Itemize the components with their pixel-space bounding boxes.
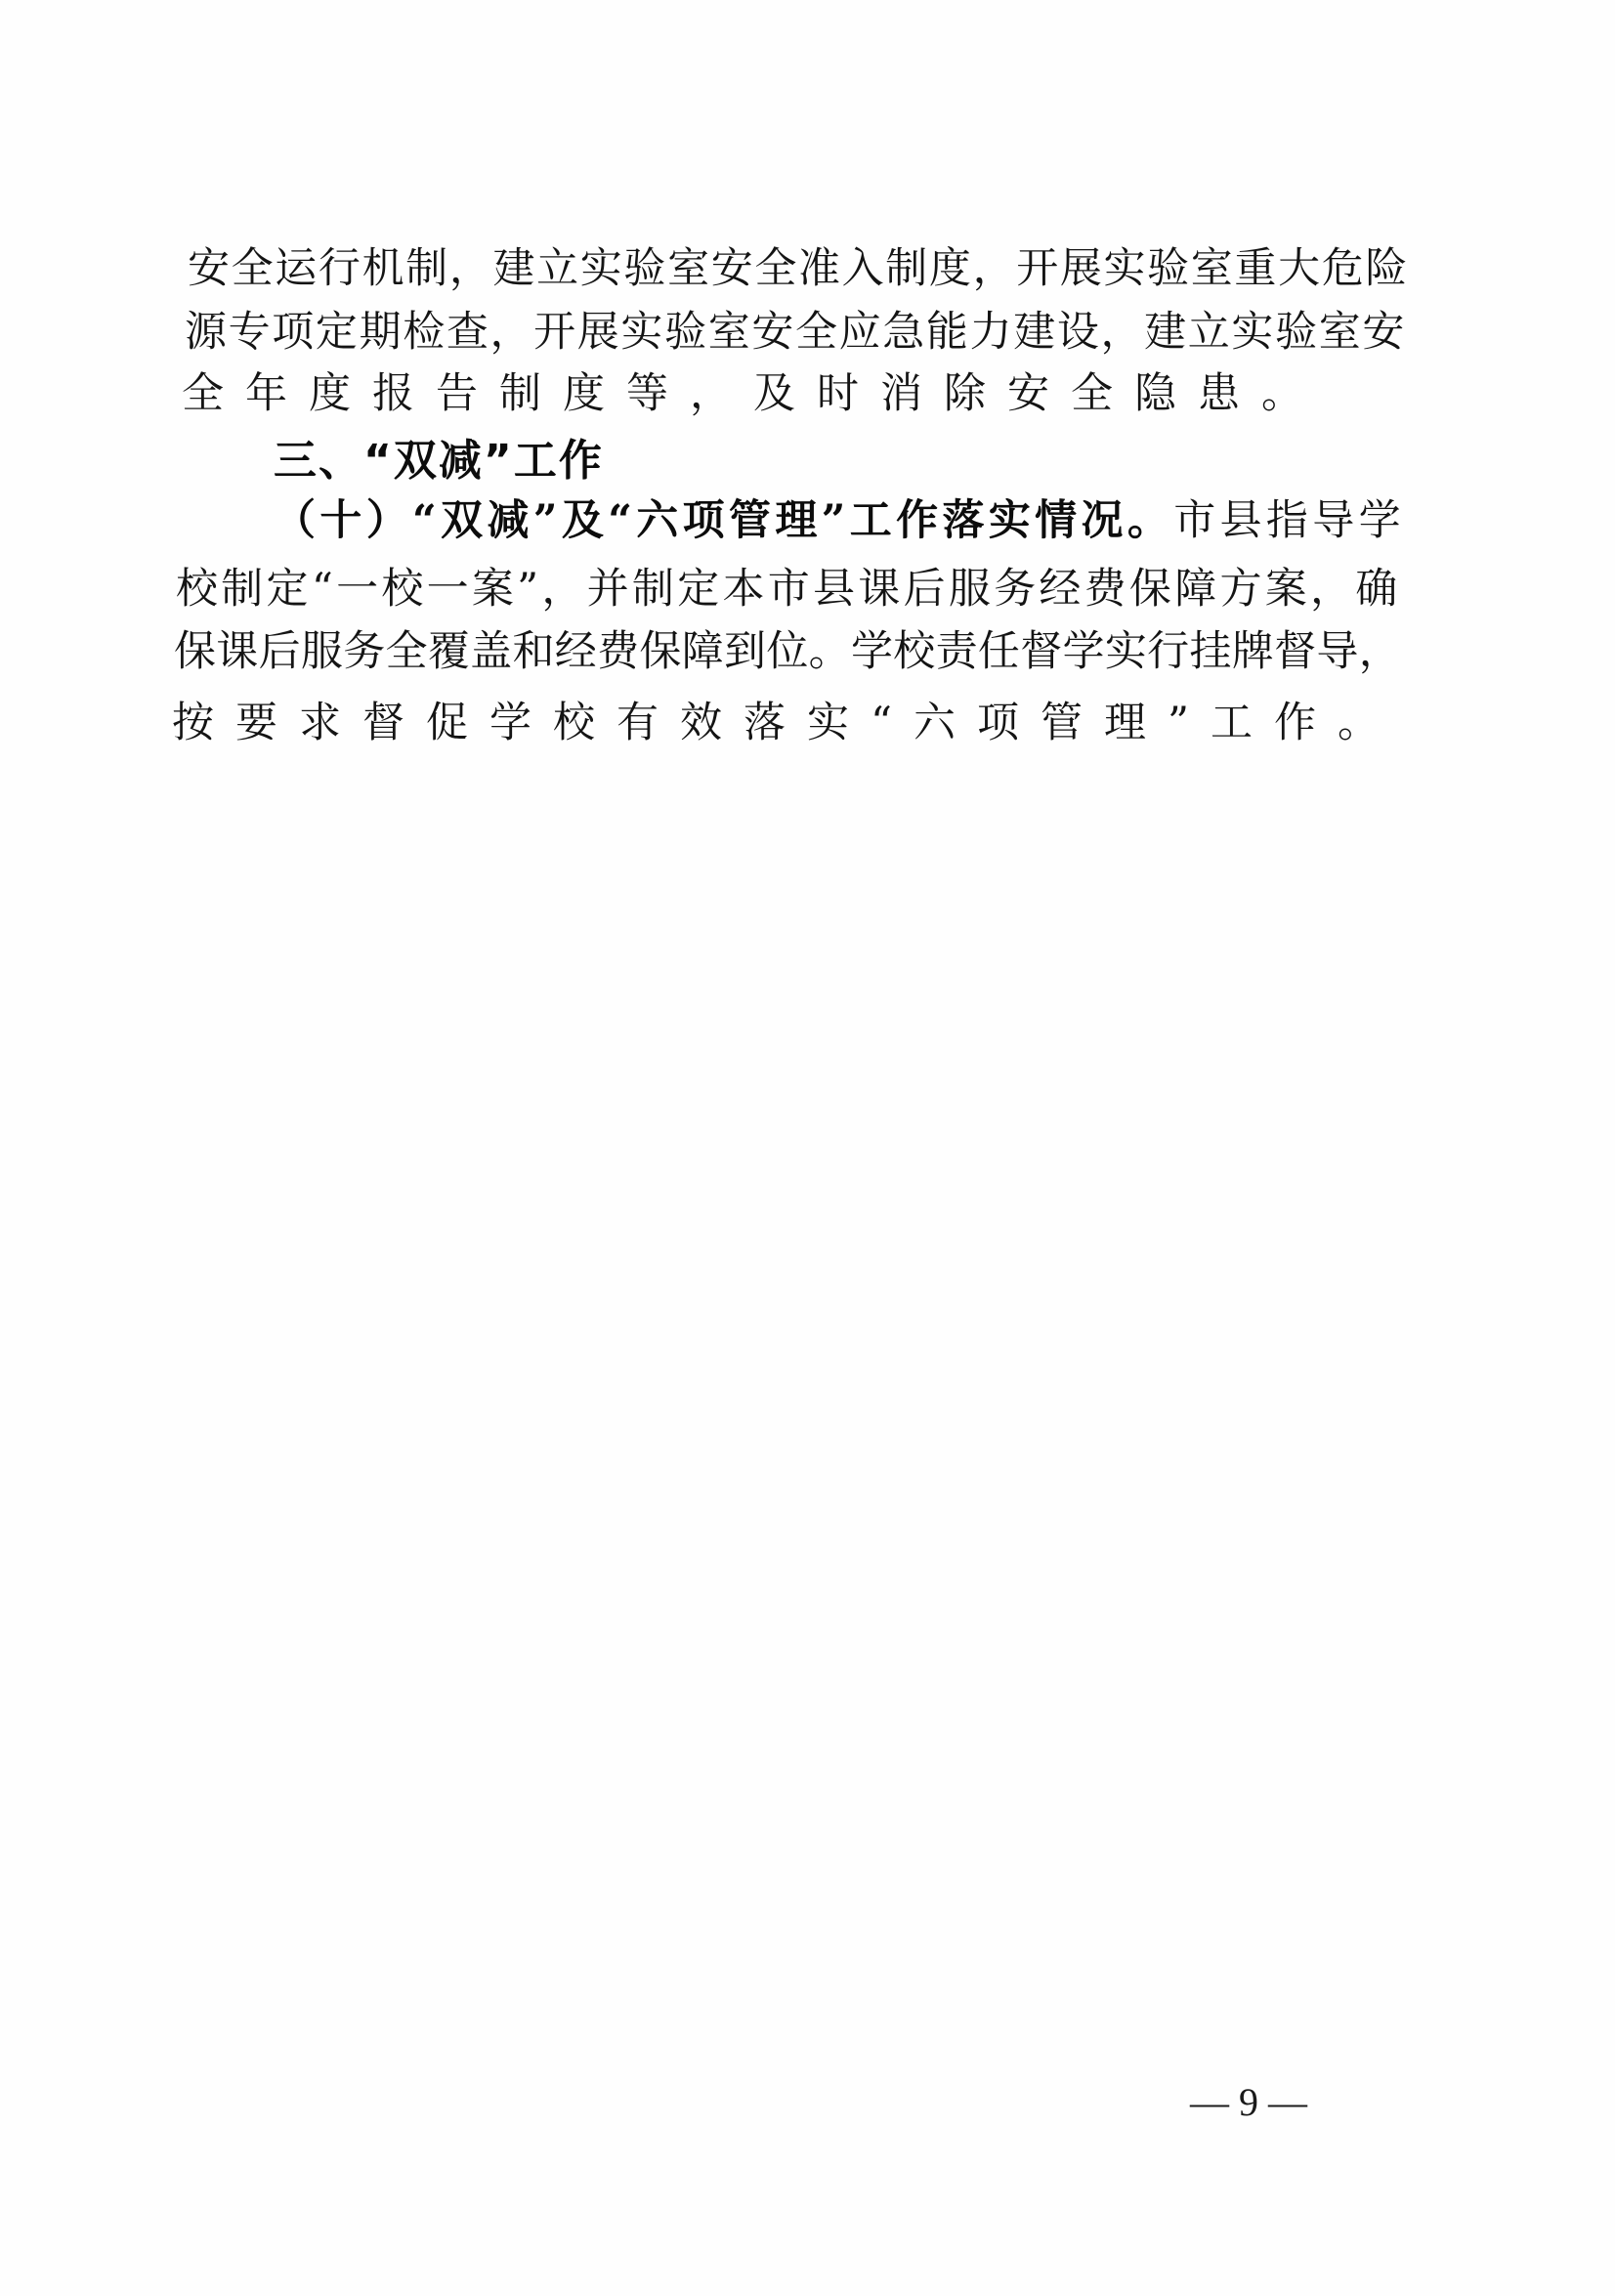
item-10-first-line: （十）“双减”及“六项管理”工作落实情况。市县指导学 — [274, 491, 1402, 550]
paragraph-line: 按要求督促学校有效落实“六项管理”工作。 — [172, 694, 1393, 752]
paragraph-line: 校制定“一校一案”，并制定本市县课后服务经费保障方案，确 — [176, 560, 1399, 618]
section-heading: 三、“双减”工作 — [274, 432, 860, 490]
paragraph-line: 安全运行机制，建立实验室安全准入制度，开展实验室重大危险 — [188, 239, 1409, 298]
document-page: 安全运行机制，建立实验室安全准入制度，开展实验室重大危险 源专项定期检查，开展实… — [0, 0, 1615, 2296]
page-number: — 9 — — [1180, 2073, 1317, 2132]
item-10-text: 市县指导学 — [1173, 496, 1402, 545]
paragraph-line: 源专项定期检查，开展实验室安全应急能力建设，建立实验室安 — [185, 303, 1406, 361]
paragraph-line: 全年度报告制度等，及时消除安全隐患。 — [182, 364, 1403, 423]
item-10-title: （十）“双减”及“六项管理”工作落实情况。 — [274, 496, 1173, 545]
paragraph-line: 保课后服务全覆盖和经费保障到位。学校责任督学实行挂牌督导， — [174, 622, 1401, 681]
